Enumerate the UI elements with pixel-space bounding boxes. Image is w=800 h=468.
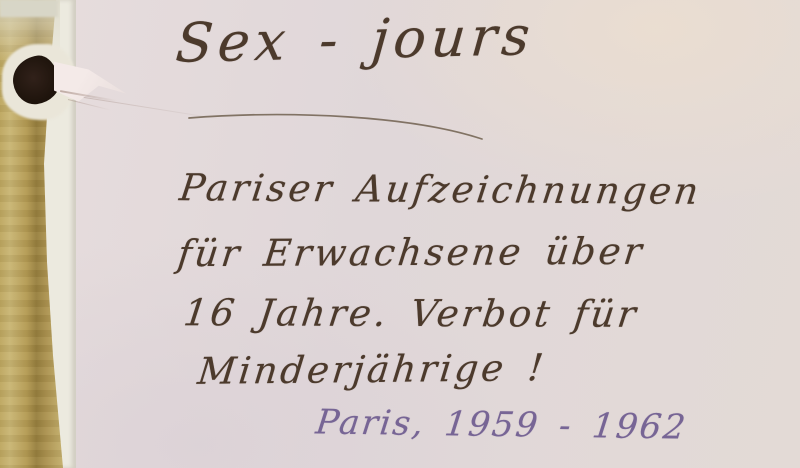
- binding-tape-corner: [0, 0, 58, 17]
- note-dateline: Paris, 1959 - 1962: [314, 402, 690, 447]
- note-body-line: Pariser Aufzeichnungen: [177, 166, 704, 213]
- note-title: Sex - jours: [173, 4, 537, 75]
- note-body-line: für Erwachsene über: [175, 230, 646, 275]
- handwritten-note-photo: Sex - jours Pariser Aufzeichnungen für E…: [0, 0, 800, 468]
- note-body-line: Minderjährige !: [196, 346, 549, 393]
- note-body-line: 16 Jahre. Verbot für: [181, 291, 641, 336]
- title-underline: [182, 108, 494, 150]
